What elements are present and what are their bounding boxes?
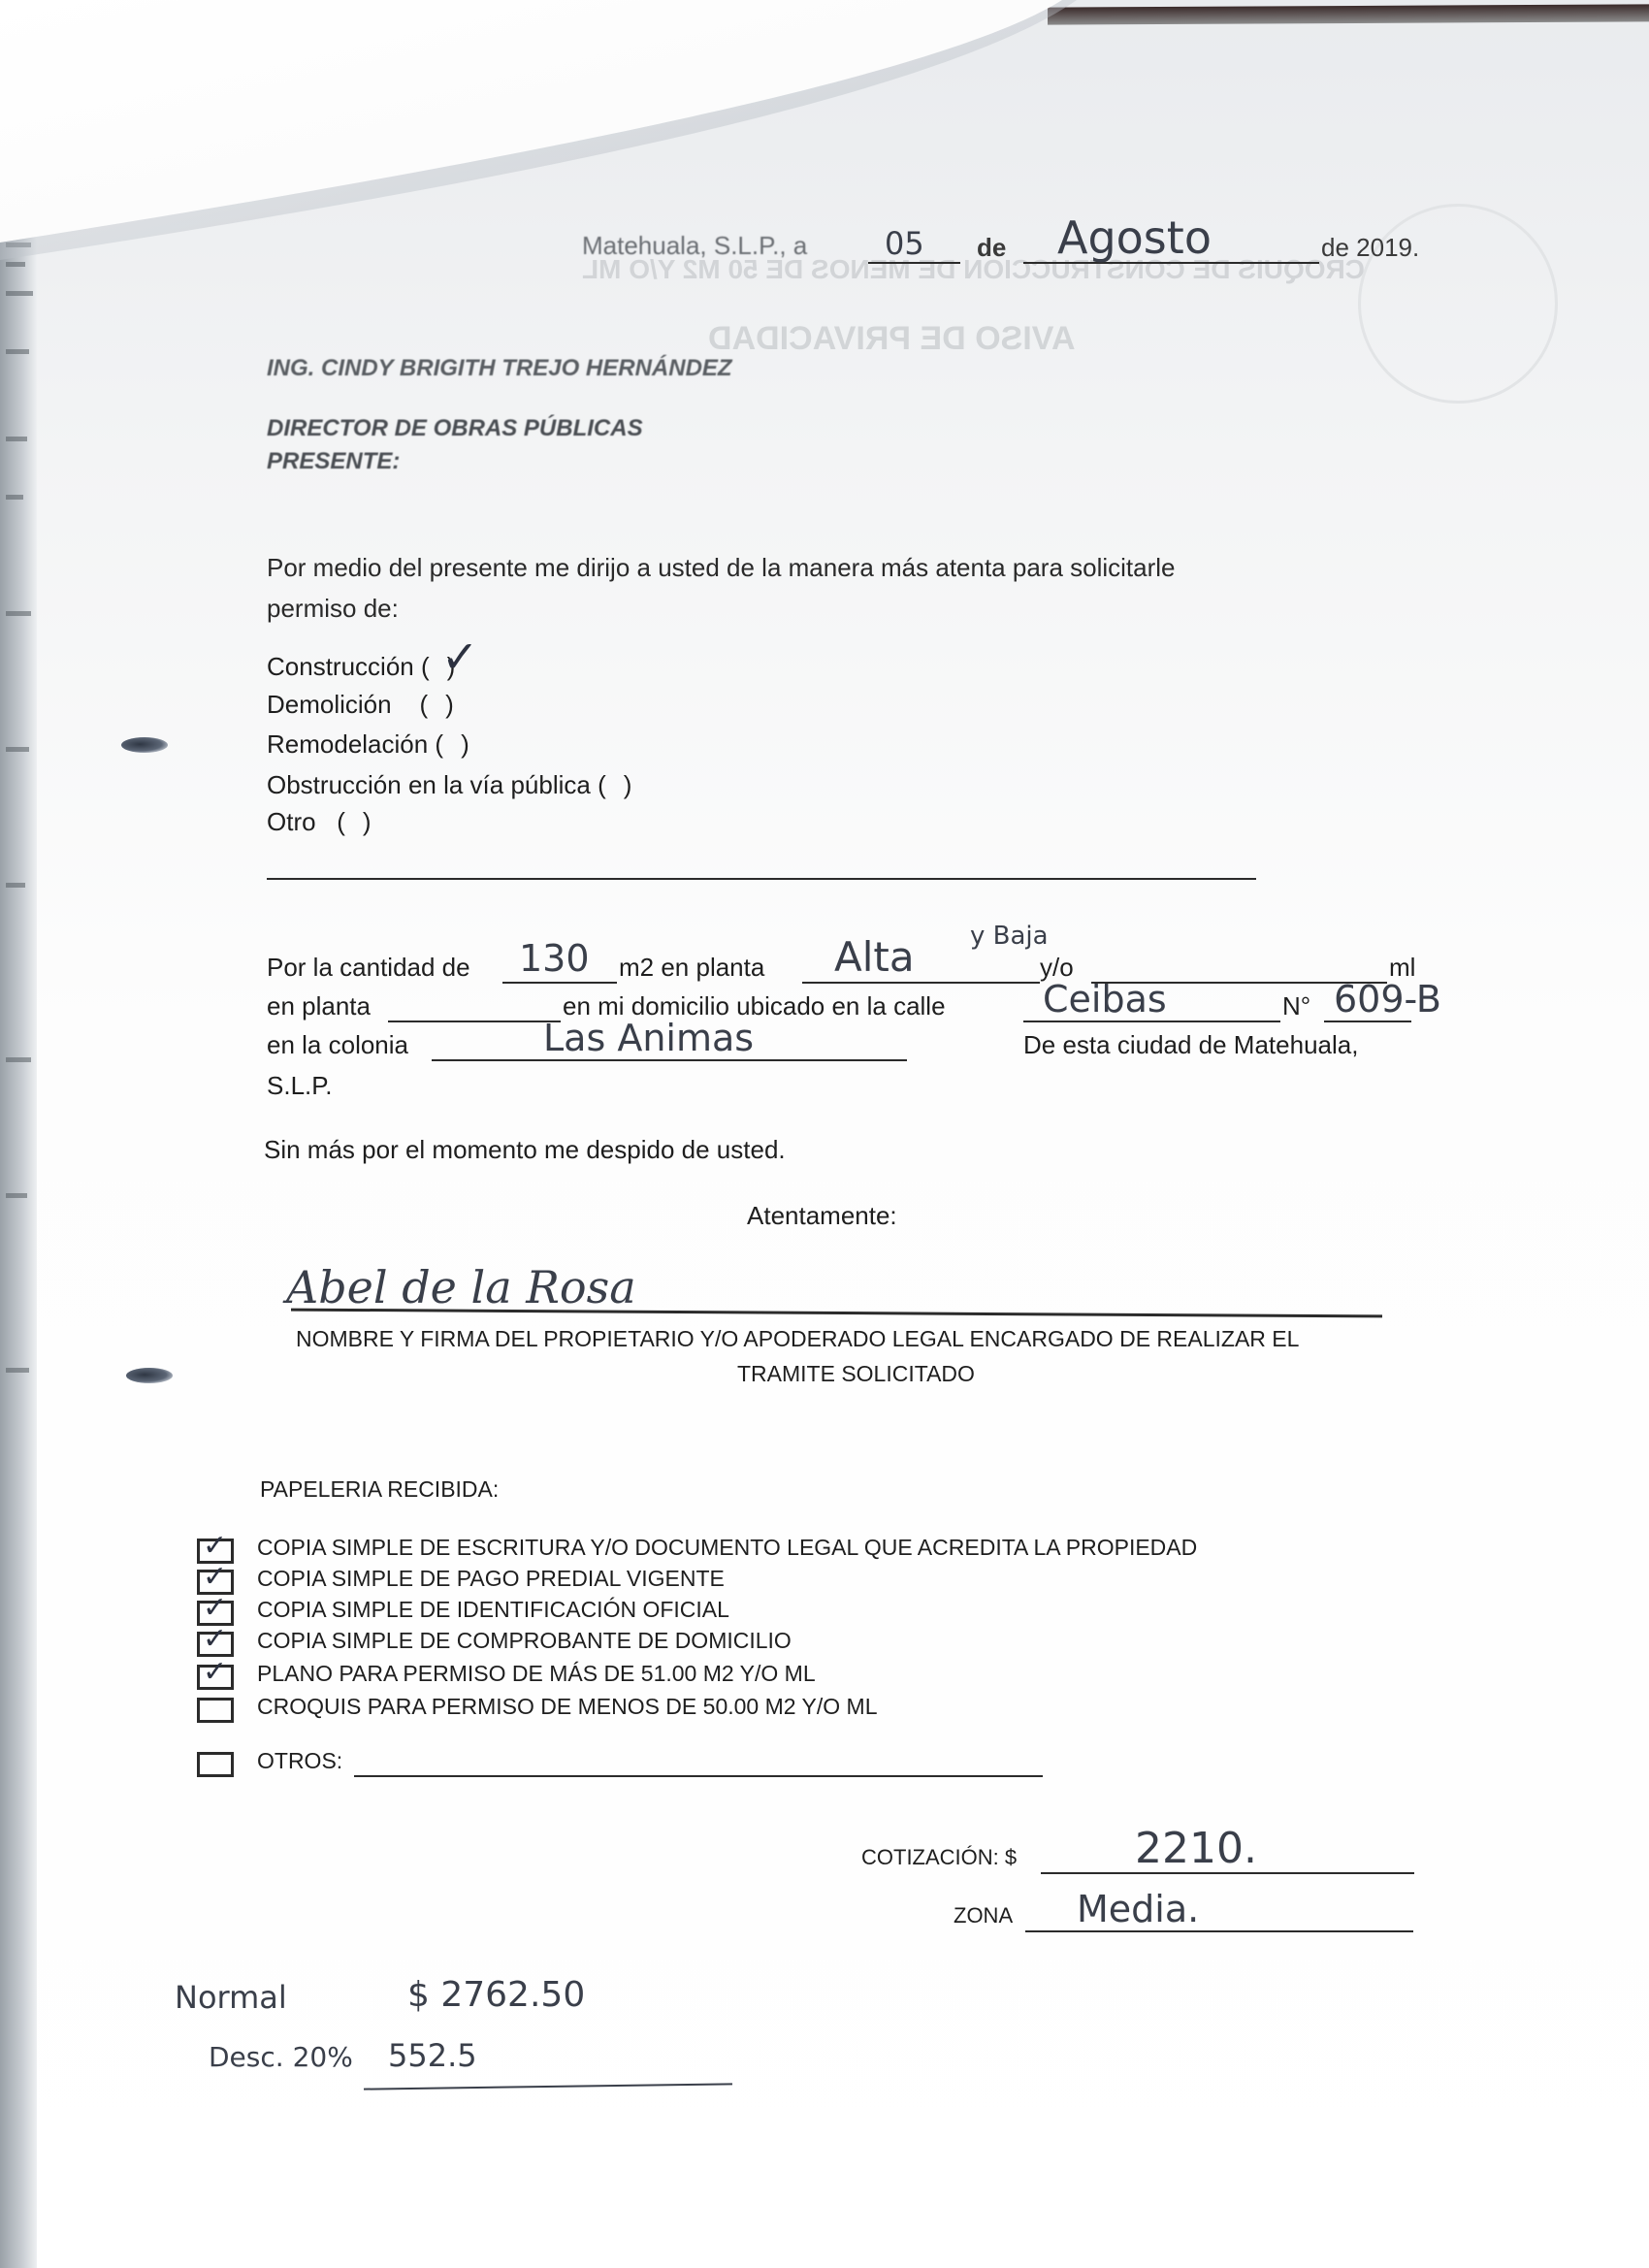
closing-atentamente: Atentamente: [747,1201,897,1231]
recipient-title: DIRECTOR DE OBRAS PÚBLICAS [267,415,643,442]
note-desc-label: Desc. 20% [209,2041,353,2073]
papeleria-checkbox[interactable]: ✓ [197,1665,234,1690]
recipient-name: ING. CINDY BRIGITH TREJO HERNÁNDEZ [267,355,732,382]
papeleria-item-label: COPIA SIMPLE DE COMPROBANTE DE DOMICILIO [257,1628,792,1654]
scan-edge-strip [0,204,37,2268]
number-value[interactable]: 609-B [1334,978,1441,1021]
check-mark-icon: ✓ [203,1658,227,1687]
papeleria-item-label: CROQUIS PARA PERMISO DE MENOS DE 50.00 M… [257,1694,878,1720]
signature[interactable]: Abel de la Rosa [286,1261,636,1313]
street-value[interactable]: Ceibas [1043,978,1167,1021]
papeleria-checkbox[interactable] [197,1752,234,1777]
label-cantidad: Por la cantidad de [267,953,470,983]
scan-top-edge [1048,4,1649,24]
signature-caption-2: TRAMITE SOLICITADO [737,1361,975,1387]
ghost-title: AVISO DE PRIVACIDAD [708,320,1075,358]
permit-option-close-paren: ) [461,729,469,759]
label-slp: S.L.P. [267,1071,332,1101]
planta-value[interactable]: Alta [834,933,915,981]
permit-option-4[interactable]: Otro () [267,807,372,837]
planta-extra-value[interactable]: y Baja [970,922,1049,951]
header-place: Matehuala, S.L.P., a [582,231,807,261]
papeleria-item-label: COPIA SIMPLE DE PAGO PREDIAL VIGENTE [257,1566,725,1592]
punch-hole-bottom [126,1368,173,1383]
scanned-page: AVISO DE PRIVACIDAD CROQUIS DE CONSTRUCC… [0,0,1649,2268]
papeleria-item-label: PLANO PARA PERMISO DE MÁS DE 51.00 M2 Y/… [257,1661,816,1687]
quantity-value[interactable]: 130 [519,937,590,980]
intro-line-2: permiso de: [267,594,399,624]
closing-despedida: Sin más por el momento me despido de ust… [264,1135,786,1165]
check-mark-icon: ✓ [203,1625,227,1654]
check-mark-icon: ✓ [203,1594,227,1623]
date-month: Agosto [1057,211,1212,264]
note-normal-label: Normal [175,1979,287,2016]
label-colonia: en la colonia [267,1030,408,1060]
papeleria-checkbox[interactable]: ✓ [197,1632,234,1657]
signature-caption-1: NOMBRE Y FIRMA DEL PROPIETARIO Y/O APODE… [296,1326,1299,1352]
header-de: de [977,233,1006,263]
zona-value[interactable]: Media. [1077,1888,1199,1930]
check-mark-icon: ✓ [203,1532,227,1561]
recipient-presente: PRESENTE: [267,448,400,475]
permit-option-1[interactable]: Demolición () [267,690,454,720]
label-m2-en-planta: m2 en planta [619,953,764,983]
papeleria-item-label: OTROS: [257,1748,342,1774]
cotizacion-value[interactable]: 2210. [1135,1824,1257,1873]
label-numero: N° [1282,991,1310,1021]
label-en-planta: en planta [267,991,371,1021]
papeleria-title: PAPELERIA RECIBIDA: [260,1476,499,1503]
note-normal-value: $ 2762.50 [407,1975,585,2015]
date-day: 05 [885,225,924,262]
permit-option-close-paren: ) [445,690,454,719]
zona-label: ZONA [954,1903,1013,1928]
label-ciudad: De esta ciudad de Matehuala, [1023,1030,1358,1060]
check-mark-icon: ✓ [441,631,479,683]
note-desc-value: 552.5 [388,2037,477,2074]
papeleria-checkbox[interactable] [197,1698,234,1723]
permit-option-0[interactable]: Construcción (✓) [267,652,455,682]
intro-line-1: Por medio del presente me dirijo a usted… [267,553,1176,583]
check-mark-icon: ✓ [203,1563,227,1592]
permit-option-2[interactable]: Remodelación () [267,729,469,760]
punch-hole-top [121,737,168,753]
cotizacion-label: COTIZACIÓN: $ [861,1845,1017,1870]
permit-option-3[interactable]: Obstrucción en la vía pública () [267,770,631,800]
colonia-value[interactable]: Las Animas [543,1017,754,1059]
header-year: de 2019. [1321,233,1419,263]
permit-option-close-paren: ) [363,807,372,836]
papeleria-item-label: COPIA SIMPLE DE ESCRITURA Y/O DOCUMENTO … [257,1535,1197,1561]
permit-option-close-paren: ) [624,770,632,799]
papeleria-item-label: COPIA SIMPLE DE IDENTIFICACIÓN OFICIAL [257,1597,729,1623]
